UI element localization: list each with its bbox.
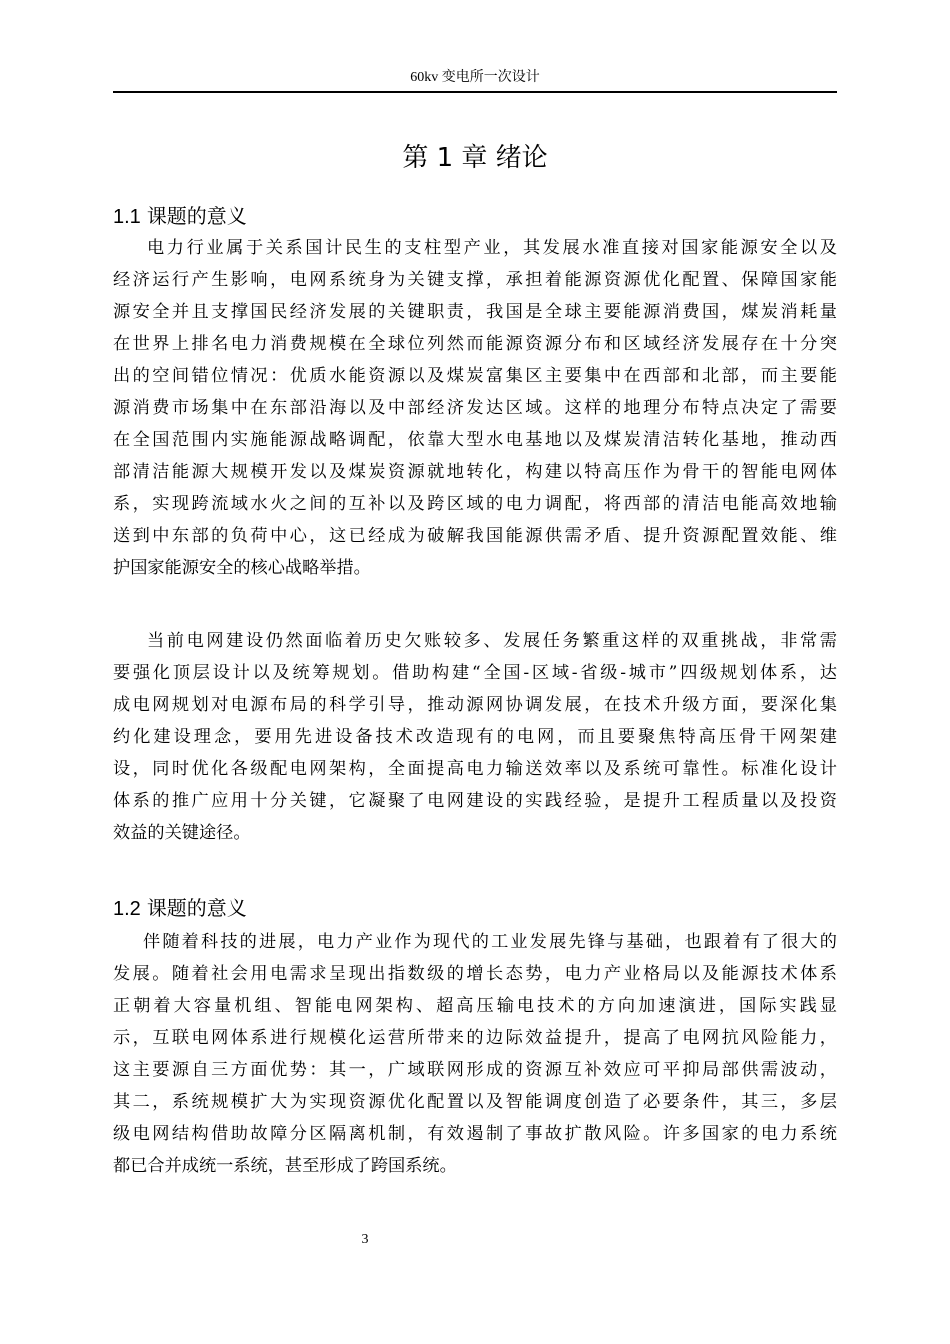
section-heading-1-2: 1.2课题的意义 [113, 893, 837, 924]
text-line: 护国家能源安全的核心战略举措。 [113, 552, 837, 584]
text-line: 电力行业属于关系国计民生的支柱型产业，其发展水准直接对国家能源安全以及 [113, 232, 837, 264]
text-line: 正朝着大容量机组、智能电网架构、超高压输电技术的方向加速演进，国际实践显 [113, 990, 837, 1022]
text-line: 这主要源自三方面优势：其一，广域联网形成的资源互补效应可平抑局部供需波动， [113, 1054, 837, 1086]
text-line: 源安全并且支撑国民经济发展的关键职责，我国是全球主要能源消费国，煤炭消耗量 [113, 296, 837, 328]
text-line: 送到中东部的负荷中心，这已经成为破解我国能源供需矛盾、提升资源配置效能、维 [113, 520, 837, 552]
text-line: 系，实现跨流域水火之间的互补以及跨区域的电力调配，将西部的清洁电能高效地输 [113, 488, 837, 520]
text-line: 要强化顶层设计以及统筹规划。借助构建“全国-区域-省级-城市”四级规划体系，达 [113, 657, 837, 689]
paragraph-1-2-a: 伴随着科技的进展，电力产业作为现代的工业发展先锋与基础，也跟着有了很大的 发展。… [113, 926, 837, 1182]
page-number: 3 [340, 1232, 390, 1248]
text-line: 成电网规划对电源布局的科学引导，推动源网协调发展，在技术升级方面，要深化集 [113, 689, 837, 721]
text-line: 部清洁能源大规模开发以及煤炭资源就地转化，构建以特高压作为骨干的智能电网体 [113, 456, 837, 488]
text-line: 都已合并成统一系统，甚至形成了跨国系统。 [113, 1150, 837, 1182]
running-header: 60kv 变电所一次设计 [113, 68, 837, 88]
text-line: 效益的关键途径。 [113, 817, 837, 849]
text-line: 在全国范围内实施能源战略调配，依靠大型水电基地以及煤炭清洁转化基地，推动西 [113, 424, 837, 456]
section-title: 课题的意义 [147, 896, 247, 920]
text-line: 当前电网建设仍然面临着历史欠账较多、发展任务繁重这样的双重挑战，非常需 [113, 625, 837, 657]
text-line: 伴随着科技的进展，电力产业作为现代的工业发展先锋与基础，也跟着有了很大的 [113, 926, 837, 958]
paragraph-1-1-b: 当前电网建设仍然面临着历史欠账较多、发展任务繁重这样的双重挑战，非常需 要强化顶… [113, 625, 837, 849]
section-number: 1.1 [113, 206, 141, 228]
section-title: 课题的意义 [147, 204, 247, 228]
text-line: 约化建设理念，要用先进设备技术改造现有的电网，而且要聚焦特高压骨干网架建 [113, 721, 837, 753]
text-line: 在世界上排名电力消费规模在全球位列然而能源资源分布和区域经济发展存在十分突 [113, 328, 837, 360]
header-rule [113, 91, 837, 93]
text-line: 体系的推广应用十分关键，它凝聚了电网建设的实践经验，是提升工程质量以及投资 [113, 785, 837, 817]
text-line: 级电网结构借助故障分区隔离机制，有效遏制了事故扩散风险。许多国家的电力系统 [113, 1118, 837, 1150]
section-number: 1.2 [113, 898, 141, 920]
text-line: 出的空间错位情况：优质水能资源以及煤炭富集区主要集中在西部和北部，而主要能 [113, 360, 837, 392]
text-line: 其二，系统规模扩大为实现资源优化配置以及智能调度创造了必要条件，其三，多层 [113, 1086, 837, 1118]
paragraph-1-1-a: 电力行业属于关系国计民生的支柱型产业，其发展水准直接对国家能源安全以及 经济运行… [113, 232, 837, 584]
text-line: 设，同时优化各级配电网架构，全面提高电力输送效率以及系统可靠性。标准化设计 [113, 753, 837, 785]
text-line: 示，互联电网体系进行规模化运营所带来的边际效益提升，提高了电网抗风险能力， [113, 1022, 837, 1054]
text-line: 经济运行产生影响，电网系统身为关键支撑，承担着能源资源优化配置、保障国家能 [113, 264, 837, 296]
text-line: 源消费市场集中在东部沿海以及中部经济发达区域。这样的地理分布特点决定了需要 [113, 392, 837, 424]
text-line: 发展。随着社会用电需求呈现出指数级的增长态势，电力产业格局以及能源技术体系 [113, 958, 837, 990]
section-heading-1-1: 1.1课题的意义 [113, 201, 837, 232]
chapter-title: 第 1 章 绪论 [113, 140, 837, 176]
